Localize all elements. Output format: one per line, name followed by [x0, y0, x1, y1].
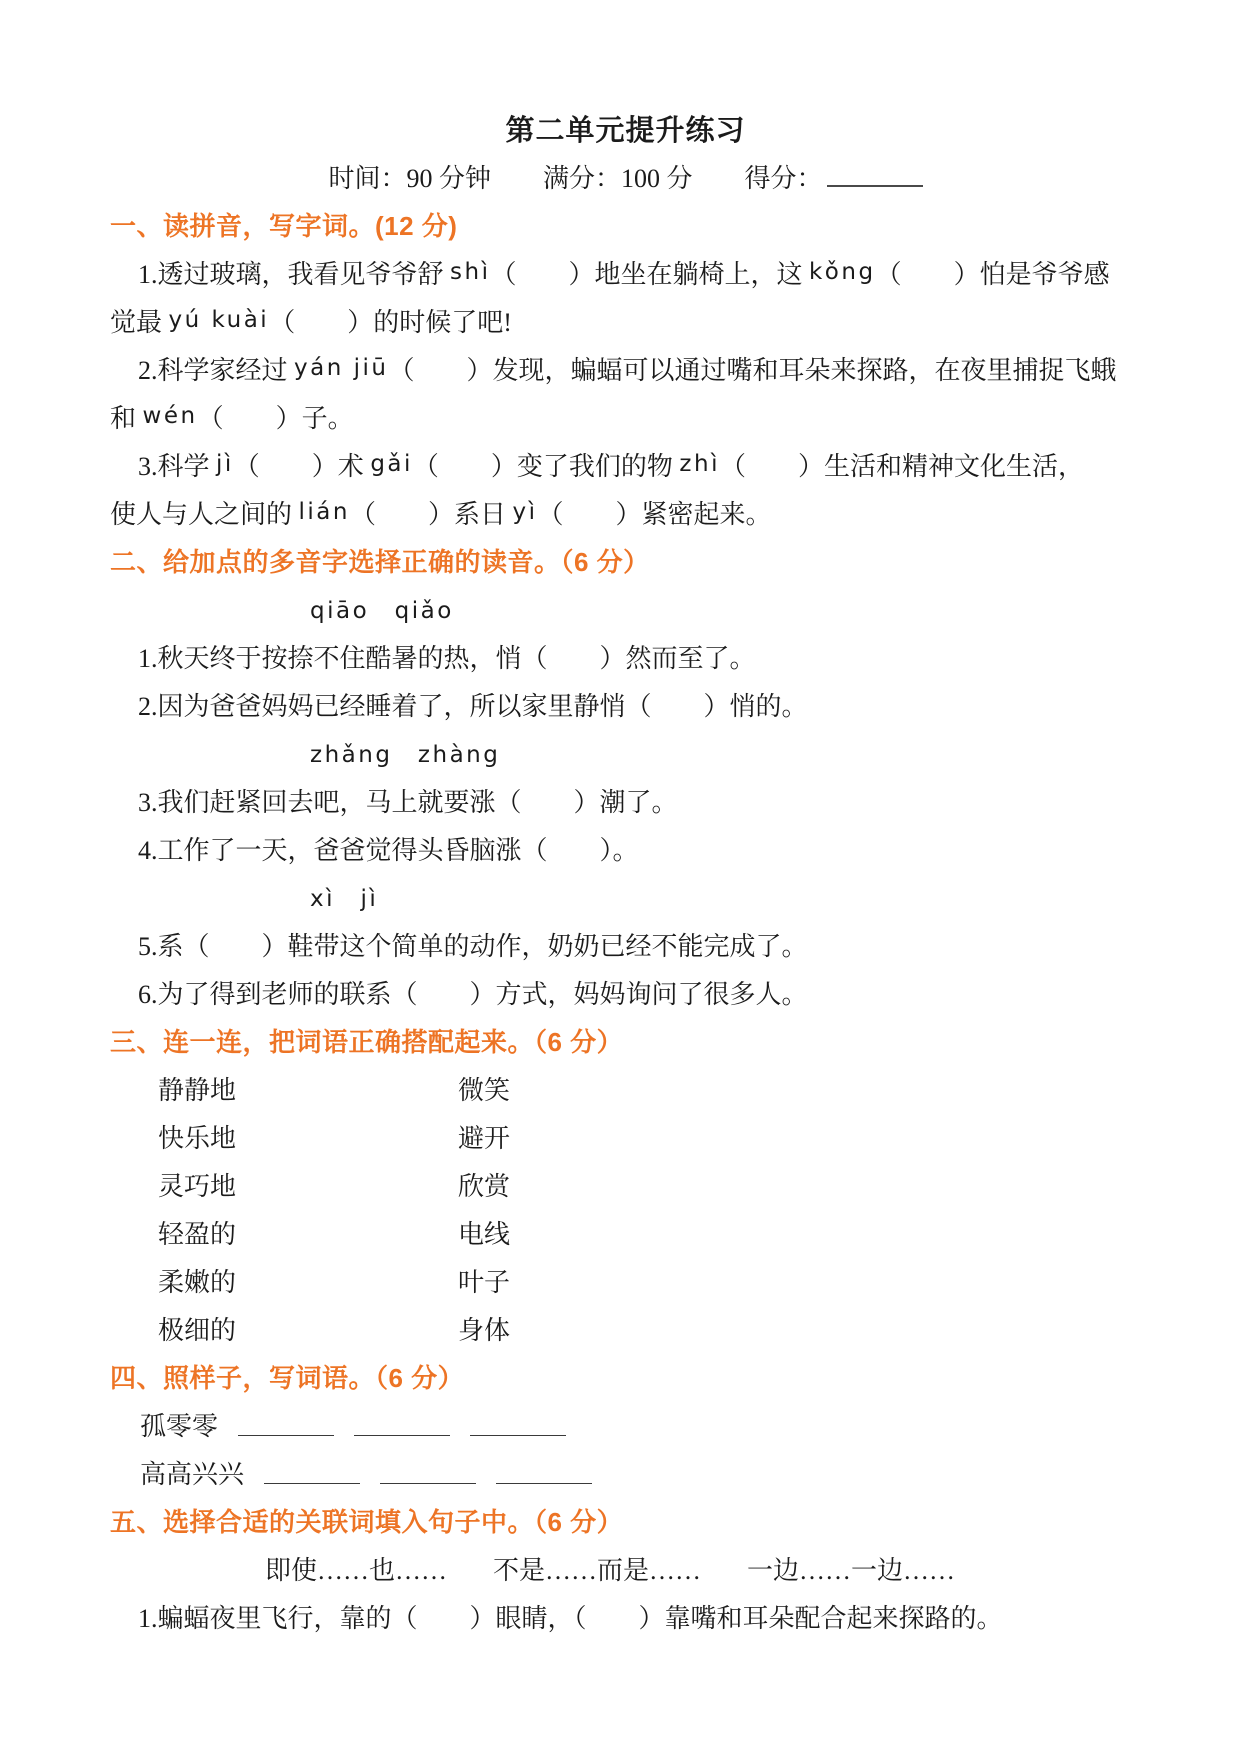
- page-title: 第二单元提升练习: [110, 104, 1141, 152]
- conjunction-option: 一边……一边……: [747, 1550, 955, 1587]
- question-line: 1.秋天终于按捺不住酷暑的热，悄（ ）然而至了。: [110, 632, 1141, 680]
- pinyin-options-zhang: zhǎng zhàng: [110, 728, 1141, 776]
- match-right-item: 电线: [458, 1214, 510, 1251]
- conjunction-option: 即使……也……: [265, 1550, 447, 1587]
- section-2-heading: 二、给加点的多音字选择正确的读音。（6 分）: [110, 536, 1141, 584]
- score-field: 得分：: [745, 158, 923, 195]
- full-score-label: 满分：100 分: [543, 158, 693, 195]
- question-line: 觉最 yú kuài（ ）的时候了吧!: [110, 296, 1141, 344]
- page-title-text: 第二单元提升练习: [505, 108, 745, 149]
- question-line: 使人与人之间的 lián（ ）系日 yì（ ）紧密起来。: [110, 488, 1141, 536]
- section-4-heading: 四、照样子，写词语。（6 分）: [110, 1352, 1141, 1400]
- match-right-item: 欣赏: [458, 1166, 510, 1203]
- match-row: 静静地 微笑: [110, 1064, 1141, 1112]
- match-row: 极细的 身体: [110, 1304, 1141, 1352]
- worksheet-page: 第二单元提升练习 时间：90 分钟 满分：100 分 得分： 一、读拼音，写字词…: [0, 0, 1241, 1680]
- question-line: 2.科学家经过 yán jiū（ ）发现，蝙蝠可以通过嘴和耳朵来探路，在夜里捕捉…: [110, 344, 1141, 392]
- question-line: 3.我们赶紧回去吧，马上就要涨（ ）潮了。: [110, 776, 1141, 824]
- section-5-heading: 五、选择合适的关联词填入句子中。（6 分）: [110, 1496, 1141, 1544]
- score-blank: [827, 184, 923, 187]
- match-row: 轻盈的 电线: [110, 1208, 1141, 1256]
- section-1-heading: 一、读拼音，写字词。(12 分): [110, 200, 1141, 248]
- question-line: 4.工作了一天，爸爸觉得头昏脑涨（ ）。: [110, 824, 1141, 872]
- answer-blank: [354, 1434, 450, 1436]
- section-3-heading: 三、连一连，把词语正确搭配起来。（6 分）: [110, 1016, 1141, 1064]
- answer-blank: [238, 1434, 334, 1436]
- answer-blank: [264, 1482, 360, 1484]
- question-line: 5.系（ ）鞋带这个简单的动作，奶奶已经不能完成了。: [110, 920, 1141, 968]
- match-right-item: 微笑: [458, 1070, 510, 1107]
- answer-blank: [470, 1434, 566, 1436]
- match-right-item: 叶子: [458, 1262, 510, 1299]
- score-label: 得分：: [745, 158, 823, 195]
- question-line: 1.透过玻璃，我看见爷爷舒 shì（ ）地坐在躺椅上，这 kǒng（ ）怕是爷爷…: [110, 248, 1141, 296]
- match-row: 快乐地 避开: [110, 1112, 1141, 1160]
- question-line: 2.因为爸爸妈妈已经睡着了，所以家里静悄（ ）悄的。: [110, 680, 1141, 728]
- example-blank-row: 高高兴兴: [110, 1448, 1141, 1496]
- question-line: 6.为了得到老师的联系（ ）方式，妈妈询问了很多人。: [110, 968, 1141, 1016]
- question-line: 1.蝙蝠夜里飞行，靠的（ ）眼睛，（ ）靠嘴和耳朵配合起来探路的。: [110, 1592, 1141, 1640]
- match-right-item: 身体: [458, 1310, 510, 1347]
- match-left-item: 快乐地: [158, 1118, 458, 1155]
- conjunction-option: 不是……而是……: [493, 1550, 701, 1587]
- match-row: 柔嫩的 叶子: [110, 1256, 1141, 1304]
- question-line: 和 wén（ ）子。: [110, 392, 1141, 440]
- answer-blank: [380, 1482, 476, 1484]
- answer-blank: [496, 1482, 592, 1484]
- exam-info-row: 时间：90 分钟 满分：100 分 得分：: [110, 152, 1141, 200]
- example-blank-row: 孤零零: [110, 1400, 1141, 1448]
- match-right-item: 避开: [458, 1118, 510, 1155]
- example-word: 高高兴兴: [140, 1454, 244, 1491]
- conjunction-options-row: 即使……也…… 不是……而是…… 一边……一边……: [110, 1544, 1141, 1592]
- match-row: 灵巧地 欣赏: [110, 1160, 1141, 1208]
- match-left-item: 极细的: [158, 1310, 458, 1347]
- match-left-item: 灵巧地: [158, 1166, 458, 1203]
- pinyin-options-xi-ji: xì jì: [110, 872, 1141, 920]
- time-label: 时间：90 分钟: [328, 158, 491, 195]
- match-left-item: 柔嫩的: [158, 1262, 458, 1299]
- pinyin-options-qiao: qiāo qiǎo: [110, 584, 1141, 632]
- match-left-item: 轻盈的: [158, 1214, 458, 1251]
- match-left-item: 静静地: [158, 1070, 458, 1107]
- question-line: 3.科学 jì（ ）术 gǎi（ ）变了我们的物 zhì（ ）生活和精神文化生活…: [110, 440, 1141, 488]
- example-word: 孤零零: [140, 1406, 218, 1443]
